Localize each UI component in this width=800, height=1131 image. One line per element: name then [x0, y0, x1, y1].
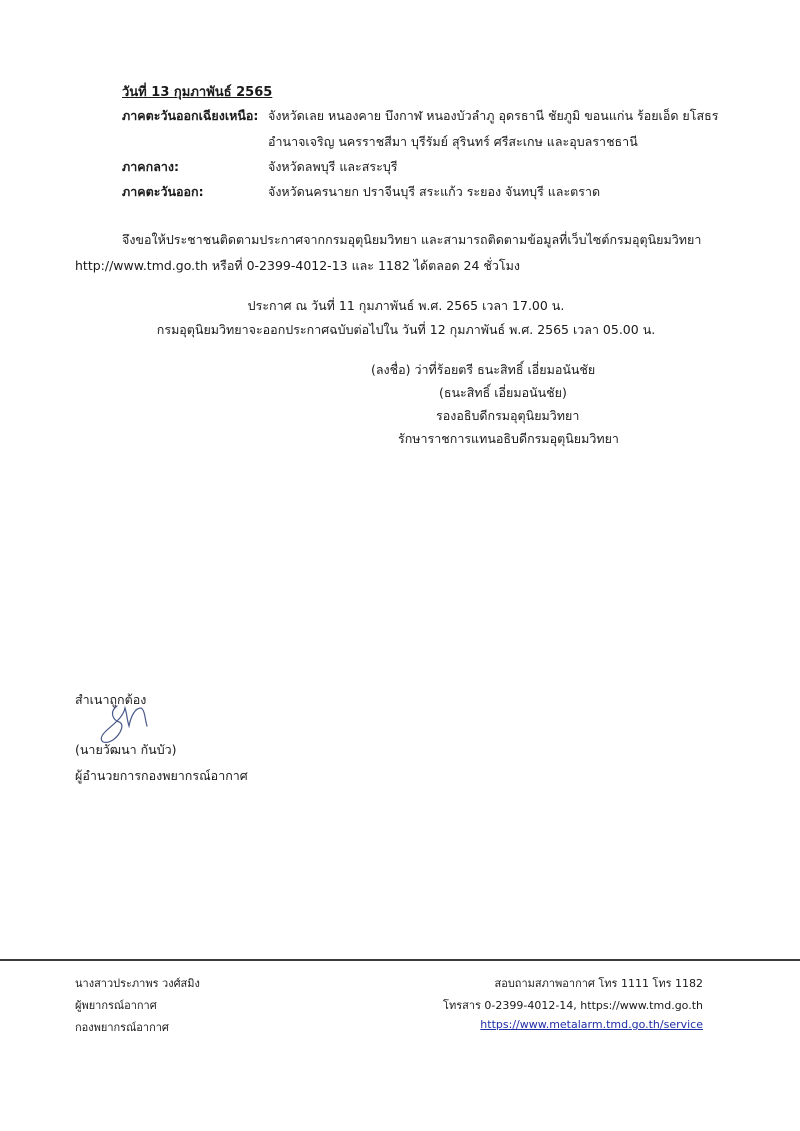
region-label-central: ภาคกลาง:: [122, 157, 179, 177]
footer-contact-phone: สอบถามสภาพอากาศ โทร 1111 โทร 1182: [495, 974, 704, 992]
signatory-name: (ธนะสิทธิ์ เอี่ยมอนันชัย): [439, 383, 567, 403]
advice-paragraph-line2: http://www.tmd.go.th หรือที่ 0-2399-4012…: [75, 256, 520, 276]
signatory-signed: (ลงชื่อ) ว่าที่ร้อยตรี ธนะสิทธิ์ เอี่ยมอ…: [371, 360, 595, 380]
advice-paragraph-line1: จึงขอให้ประชาชนติดตามประกาศจากกรมอุตุนิย…: [122, 230, 701, 250]
date-heading: วันที่ 13 กุมภาพันธ์ 2565: [122, 81, 272, 102]
footer-contact-fax-web: โทรสาร 0-2399-4012-14, https://www.tmd.g…: [443, 996, 703, 1014]
footer-division: กองพยากรณ์อากาศ: [75, 1018, 169, 1036]
region-provinces-central: จังหวัดลพบุรี และสระบุรี: [268, 157, 397, 177]
footer-service-link[interactable]: https://www.metalarm.tmd.go.th/service: [480, 1018, 703, 1031]
region-label-east: ภาคตะวันออก:: [122, 182, 204, 202]
region-provinces-east: จังหวัดนครนายก ปราจีนบุรี สระแก้ว ระยอง …: [268, 182, 600, 202]
region-provinces-northeast-line2: อำนาจเจริญ นครราชสีมา บุรีรัมย์ สุรินทร์…: [268, 132, 638, 152]
certifier-title: ผู้อำนวยการกองพยากรณ์อากาศ: [75, 766, 248, 786]
next-issue-notice: กรมอุตุนิยมวิทยาจะออกประกาศฉบับต่อไปใน ว…: [6, 320, 800, 340]
region-label-northeast: ภาคตะวันออกเฉียงเหนือ:: [122, 106, 258, 126]
signatory-position: รองอธิบดีกรมอุตุนิยมวิทยา: [436, 406, 579, 426]
footer-divider: [0, 959, 800, 961]
footer-forecaster-title: ผู้พยากรณ์อากาศ: [75, 996, 157, 1014]
footer-forecaster-name: นางสาวประภาพร วงศ์สมิง: [75, 974, 200, 992]
region-provinces-northeast-line1: จังหวัดเลย หนองคาย บึงกาฬ หนองบัวลำภู อุ…: [268, 106, 718, 126]
issued-datetime: ประกาศ ณ วันที่ 11 กุมภาพันธ์ พ.ศ. 2565 …: [6, 296, 800, 316]
signatory-acting-position: รักษาราชการแทนอธิบดีกรมอุตุนิยมวิทยา: [398, 429, 619, 449]
certifier-name: (นายวัฒนา กันบัว): [75, 740, 177, 760]
